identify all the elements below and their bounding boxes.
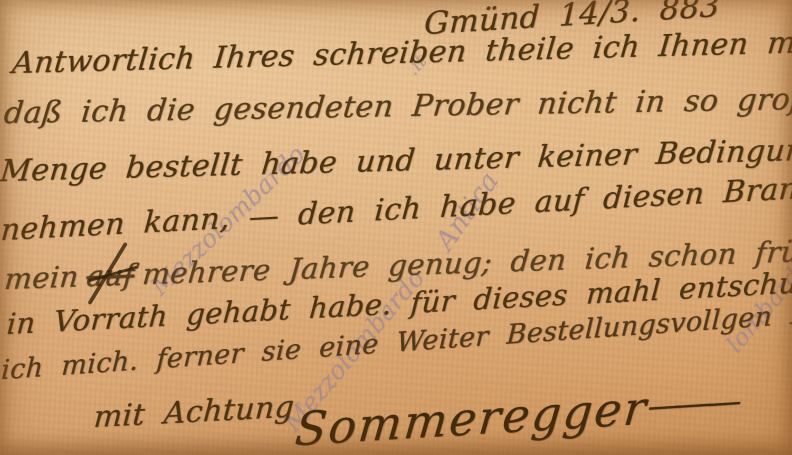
signature: Sommeregger——— [293,375,740,455]
line5-prefix: mein [3,259,80,296]
signature-flourish: ——— [646,381,740,427]
handwritten-line-1: Antwortlich Ihres schreiben theile ich I… [11,25,792,81]
closing-salutation: mit Achtung [93,389,296,435]
handwritten-line-2: daß ich die gesendeten Prober nicht in s… [2,81,792,131]
signature-name: Sommeregger [293,380,651,455]
handwritten-postcard-scan: Mezzolombardo Antica Mezzolombardo lomba… [0,0,792,455]
line5-crossed-out-word: auf [85,257,136,293]
